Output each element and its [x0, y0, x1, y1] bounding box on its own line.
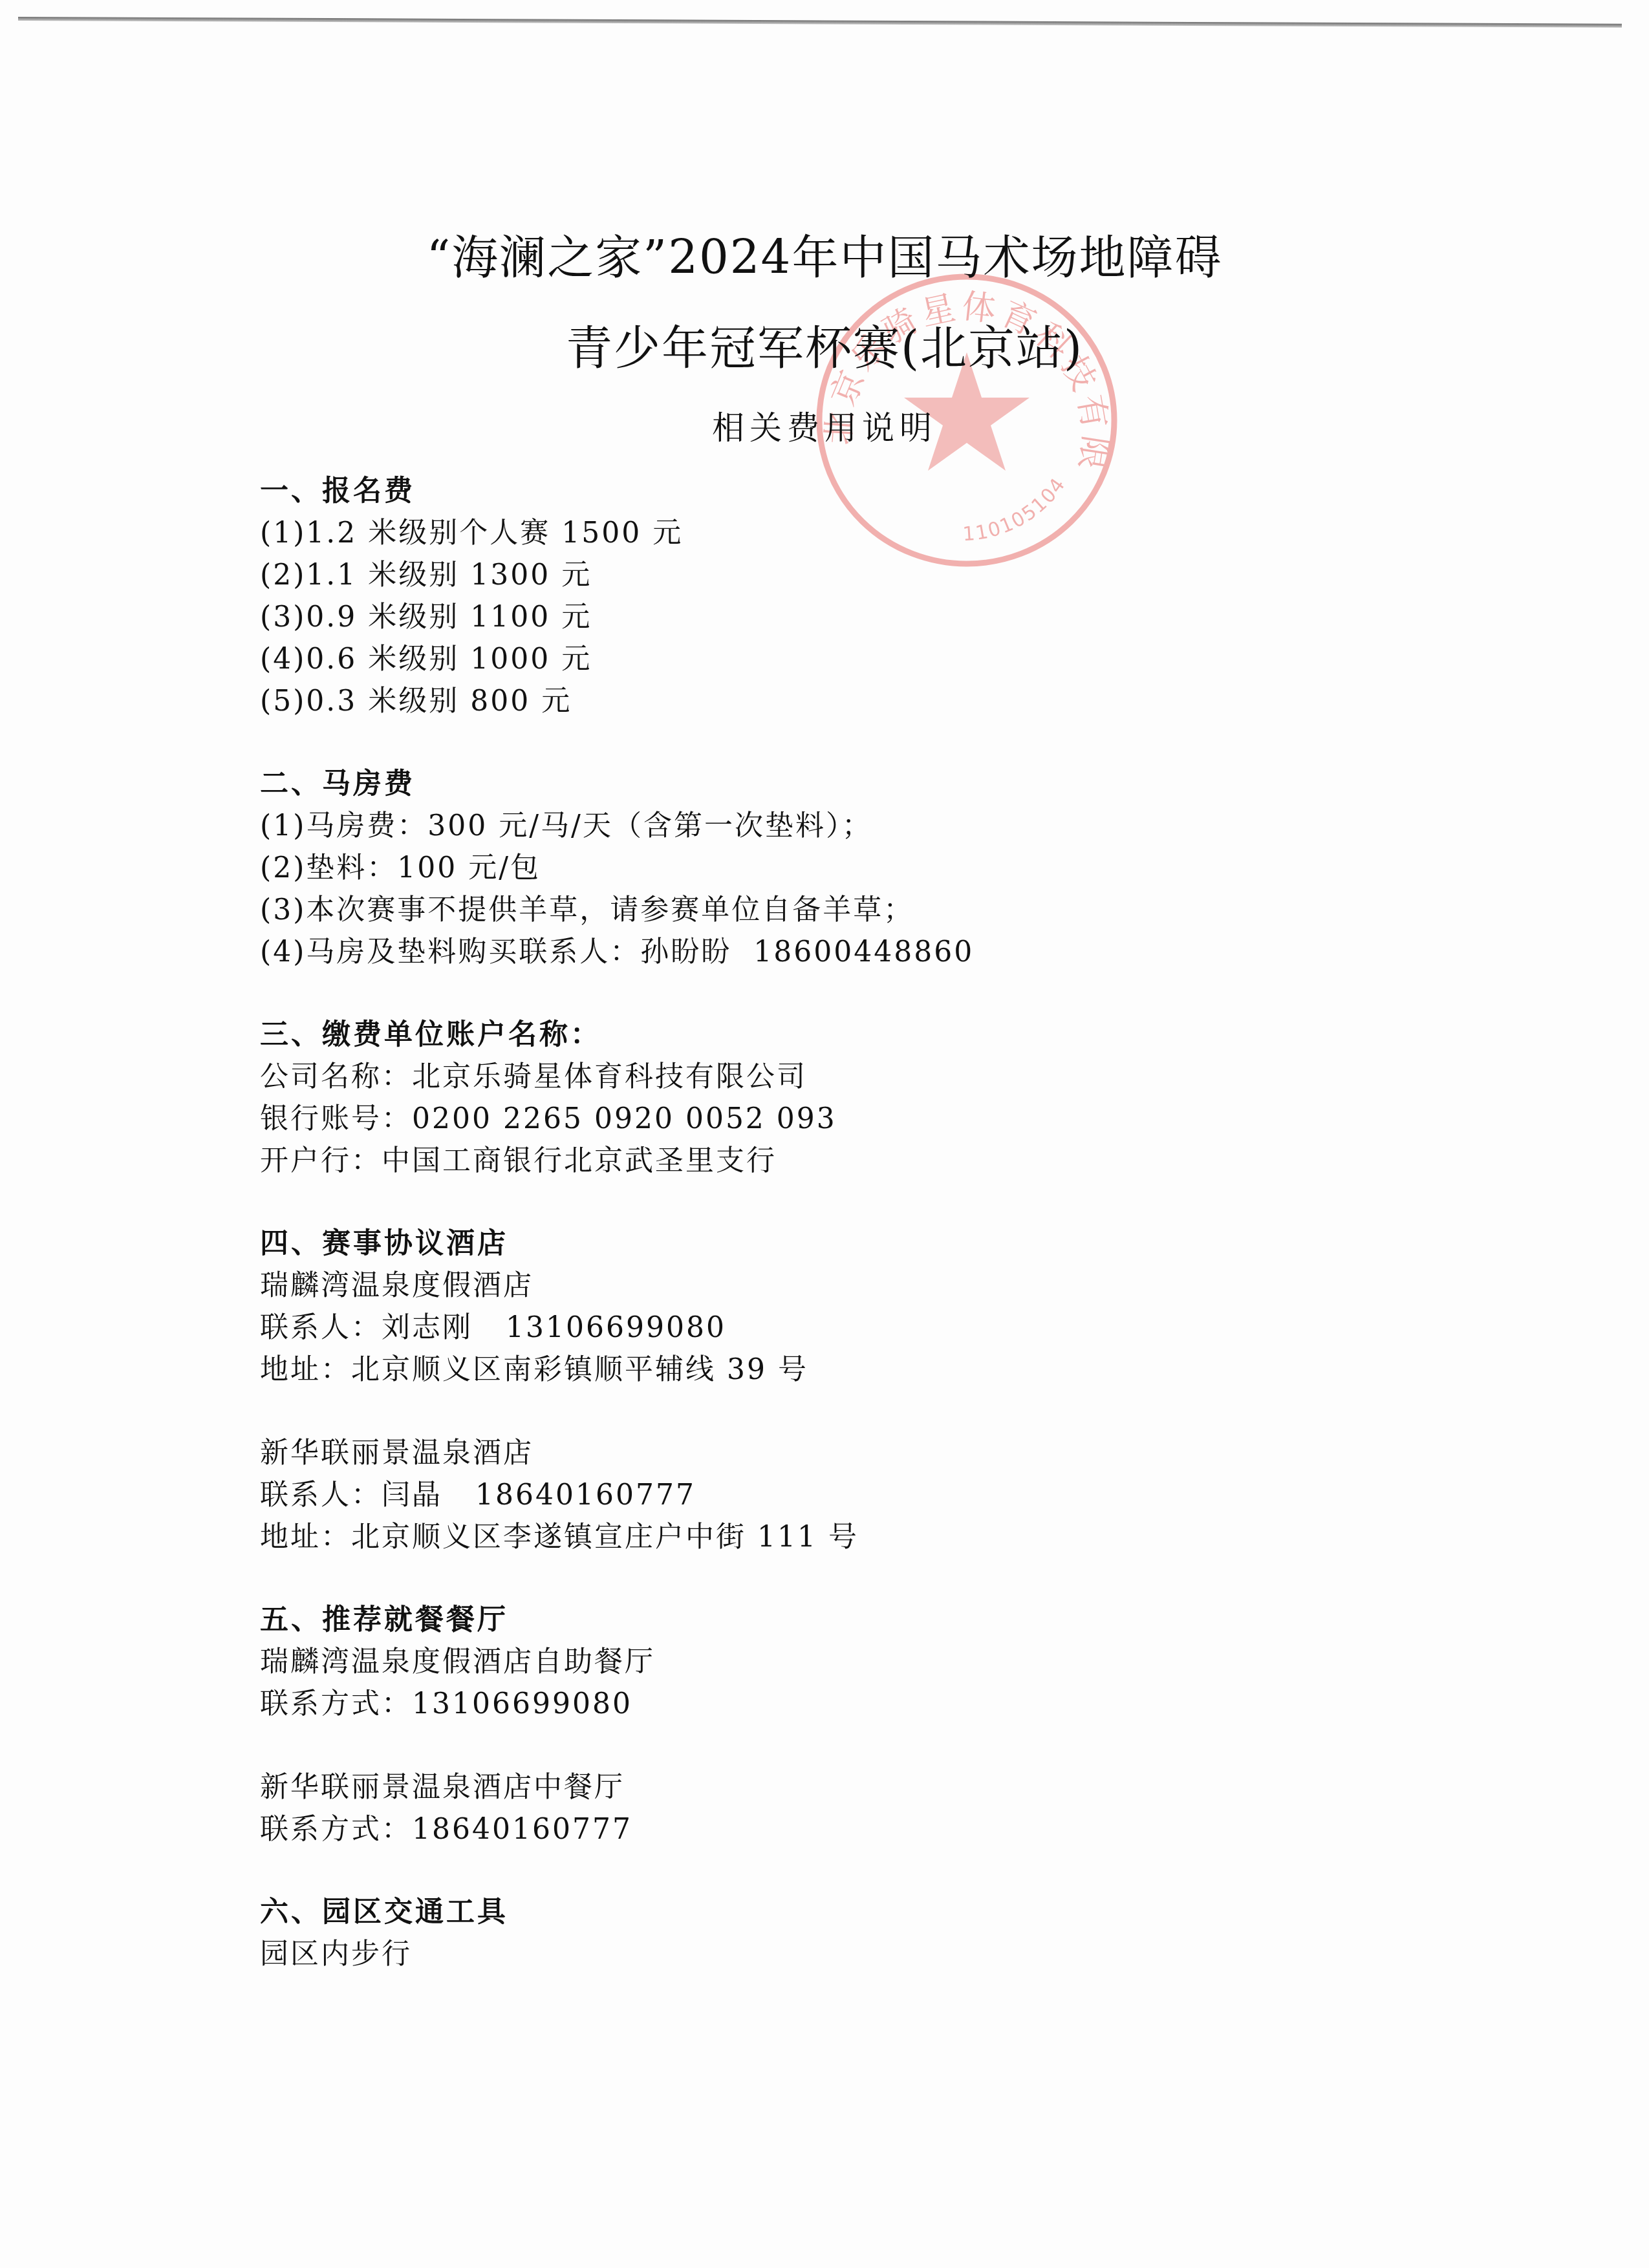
document-page: 北京乐骑星体育科技有限公司 1101051042803 2 “海澜之家”2024… — [0, 0, 1649, 2268]
document-title-line1: “海澜之家”2024年中国马术场地障碍 — [0, 220, 1649, 287]
fee-item: (3)0.9 米级别 1100 元 — [260, 596, 1489, 638]
hotel-name: 瑞麟湾温泉度假酒店 — [260, 1265, 1489, 1307]
document-title-line2: 青少年冠军杯赛(北京站) — [0, 310, 1649, 378]
document-subtitle: 相关费用说明 — [0, 402, 1649, 449]
section-heading: 三、缴费单位账户名称： — [260, 1014, 1489, 1056]
section-heading: 六、园区交通工具 — [260, 1892, 1489, 1933]
section-hotels: 四、赛事协议酒店 瑞麟湾温泉度假酒店 联系人：刘志刚 13106699080 地… — [260, 1223, 1489, 1558]
spacer — [260, 1391, 1489, 1432]
section-heading: 四、赛事协议酒店 — [260, 1223, 1489, 1265]
scan-edge-line — [18, 17, 1622, 28]
hotel-address: 地址：北京顺义区李遂镇宣庄户中街 111 号 — [260, 1516, 1489, 1558]
fee-item: (2)垫料：100 元/包 — [260, 847, 1489, 889]
section-payee-account: 三、缴费单位账户名称： 公司名称：北京乐骑星体育科技有限公司 银行账号：0200… — [260, 1014, 1489, 1182]
hotel-contact: 联系人：闫晶 18640160777 — [260, 1474, 1489, 1516]
spacer — [260, 722, 1489, 764]
restaurant-name: 瑞麟湾温泉度假酒店自助餐厅 — [260, 1641, 1489, 1683]
spacer — [260, 1850, 1489, 1892]
spacer — [260, 1725, 1489, 1766]
document-body: 一、报名费 (1)1.2 米级别个人赛 1500 元 (2)1.1 米级别 13… — [260, 471, 1489, 1975]
fee-item: (4)0.6 米级别 1000 元 — [260, 638, 1489, 680]
section-heading: 一、报名费 — [260, 471, 1489, 512]
section-stable-fee: 二、马房费 (1)马房费：300 元/马/天（含第一次垫料）； (2)垫料：10… — [260, 764, 1489, 973]
spacer — [260, 1558, 1489, 1599]
section-heading: 五、推荐就餐餐厅 — [260, 1599, 1489, 1641]
fee-item: (1)马房费：300 元/马/天（含第一次垫料）； — [260, 805, 1489, 847]
section-restaurants: 五、推荐就餐餐厅 瑞麟湾温泉度假酒店自助餐厅 联系方式：13106699080 … — [260, 1599, 1489, 1850]
restaurant-contact: 联系方式：13106699080 — [260, 1683, 1489, 1725]
bank-account-number: 银行账号：0200 2265 0920 0052 093 — [260, 1098, 1489, 1140]
spacer — [260, 973, 1489, 1014]
restaurant-contact: 联系方式：18640160777 — [260, 1808, 1489, 1850]
hotel-address: 地址：北京顺义区南彩镇顺平辅线 39 号 — [260, 1349, 1489, 1391]
section-heading: 二、马房费 — [260, 764, 1489, 805]
company-name: 公司名称：北京乐骑星体育科技有限公司 — [260, 1056, 1489, 1098]
fee-item: (1)1.2 米级别个人赛 1500 元 — [260, 512, 1489, 554]
section-transport: 六、园区交通工具 园区内步行 — [260, 1892, 1489, 1975]
fee-item: (5)0.3 米级别 800 元 — [260, 680, 1489, 722]
spacer — [260, 1182, 1489, 1223]
transport-info: 园区内步行 — [260, 1933, 1489, 1975]
hotel-name: 新华联丽景温泉酒店 — [260, 1432, 1489, 1474]
hotel-contact: 联系人：刘志刚 13106699080 — [260, 1307, 1489, 1349]
fee-item: (2)1.1 米级别 1300 元 — [260, 554, 1489, 596]
section-registration-fee: 一、报名费 (1)1.2 米级别个人赛 1500 元 (2)1.1 米级别 13… — [260, 471, 1489, 722]
fee-item: (3)本次赛事不提供羊草，请参赛单位自备羊草； — [260, 889, 1489, 931]
fee-item: (4)马房及垫料购买联系人：孙盼盼 18600448860 — [260, 931, 1489, 973]
bank-branch: 开户行：中国工商银行北京武圣里支行 — [260, 1140, 1489, 1182]
restaurant-name: 新华联丽景温泉酒店中餐厅 — [260, 1766, 1489, 1808]
